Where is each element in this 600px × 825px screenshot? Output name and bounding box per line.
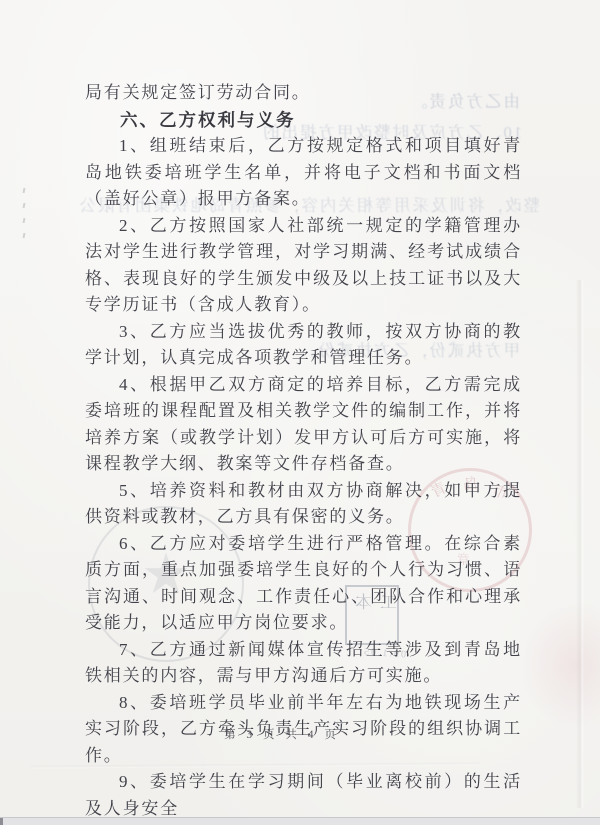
continuation-line: 局有关规定签订劳动合同。 (85, 80, 522, 107)
clause-1: 1、组班结束后，乙方按规定格式和项目填好青岛地铁委培班学生名单，并将电子文档和书… (85, 133, 522, 213)
paper-crease (576, 280, 584, 808)
paper-sheet: 由乙方负责。 10、乙方应及时整改甲方提出的 整改，将训及采用等相关内容，参照青… (0, 0, 600, 818)
scanned-contract-page: 由乙方负责。 10、乙方应及时整改甲方提出的 整改，将训及采用等相关内容，参照青… (0, 0, 600, 825)
clause-4: 4、根据甲乙双方商定的培养目标，乙方需完成委培班的课程配置及相关教学文件的编制工… (85, 372, 522, 478)
scanner-bed-edge (0, 817, 600, 825)
clause-9: 9、委培学生在学习期间（毕业离校前）的生活及人身安全 (85, 769, 522, 822)
clause-2: 2、乙方按照国家人社部统一规定的学籍管理办法对学生进行教学管理，对学习期满、经考… (85, 213, 522, 319)
binding-marks (21, 178, 29, 268)
page-footer: 第 3 页 共 4 页 (0, 726, 564, 742)
clause-6: 6、乙方应对委培学生进行严格管理。在综合素质方面，重点加强委培学生良好的个人行为… (85, 531, 522, 637)
clause-5: 5、培养资料和教材由双方协商解决，如甲方提供资料或教材，乙方具有保密的义务。 (85, 478, 522, 531)
document-body: 局有关规定签订劳动合同。 六、乙方权利与义务 1、组班结束后，乙方按规定格式和项… (85, 80, 522, 822)
clause-7: 7、乙方通过新闻媒体宣传招生等涉及到青岛地铁相关的内容，需与甲方沟通后方可实施。 (85, 637, 522, 690)
ink-smudge (520, 600, 600, 730)
clause-3: 3、乙方应当选拔优秀的教师，按双方协商的教学计划，认真完成各项教学和管理任务。 (85, 319, 522, 372)
scanner-corner-mark (0, 818, 3, 825)
section-heading: 六、乙方权利与义务 (85, 107, 522, 134)
